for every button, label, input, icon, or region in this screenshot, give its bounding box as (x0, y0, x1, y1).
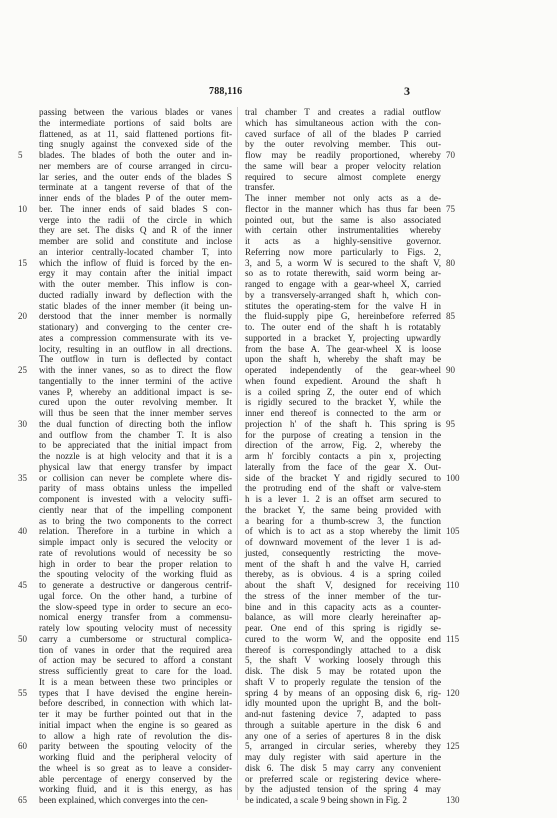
margin-line-number: 120 (446, 688, 460, 698)
text-line: lar series, and the outer ends of the bl… (39, 172, 232, 183)
margin-line-number: 130 (446, 795, 460, 805)
text-line: supported in a bracket Y, projecting upw… (245, 333, 441, 344)
text-line: an interior centrally-located chamber T,… (39, 247, 232, 258)
text-line: ergy it may contain after the initial im… (39, 268, 232, 279)
margin-line-number: 60 (18, 741, 27, 751)
text-line: of downward movement of the lever 1 is a… (245, 537, 441, 548)
text-line: disk 6. The disk 5 may carry any conveni… (245, 763, 441, 774)
patent-number: 788,116 (209, 86, 242, 97)
margin-line-number: 50 (18, 634, 27, 644)
text-line: of action may be secured to afford a con… (39, 655, 232, 666)
text-line: ting snugly against the convexed side of… (39, 139, 232, 150)
text-line: the spouting velocity of the working flu… (39, 569, 232, 580)
text-line: and outflow from the chamber T. It is al… (39, 430, 232, 441)
text-line: stationary) and converging to the center… (39, 322, 232, 333)
text-line: carry a cumbersome or structural complic… (39, 634, 232, 645)
margin-line-number: 115 (446, 634, 459, 644)
text-line: and-nut fastening device 7, adapted to p… (245, 709, 441, 720)
text-line: to be appreciated that the initial impac… (39, 440, 232, 451)
text-line: with certain other instrumentalities whe… (245, 225, 441, 236)
text-line: idly mounted upon the upright B, and the… (245, 698, 441, 709)
margin-line-number: 105 (446, 526, 460, 536)
text-line: derstood that the inner member is normal… (39, 311, 232, 322)
text-line: ates a compression commensurate with its… (39, 333, 232, 344)
text-line: any one of a series of apertures 8 in th… (245, 731, 441, 742)
text-line: be indicated, a scale 9 being shown in F… (245, 795, 441, 806)
text-line: they are set. The disks Q and R of the i… (39, 225, 232, 236)
text-line: pear. One end of this spring is rigidly … (245, 623, 441, 634)
text-line: ner members are of course arranged in ci… (39, 161, 232, 172)
text-line: about the shaft V, designed for receivin… (245, 580, 441, 591)
text-line: disk. The disk 5 may be rotated upon the (245, 666, 441, 677)
text-line: of which is to act as a stop whereby the… (245, 526, 441, 537)
text-line: been explained, which converges into the… (39, 795, 232, 806)
text-line: locity, resulting in an outflow in all d… (39, 344, 232, 355)
text-line: spring 4 by means of an opposing disk 6,… (245, 688, 441, 699)
text-line: transfer. (245, 182, 441, 193)
text-line: as to bring the two components to the co… (39, 516, 232, 527)
text-line: stitutes the operating-stem for the valv… (245, 301, 441, 312)
margin-line-number: 55 (18, 688, 27, 698)
text-line: shaft V to properly regulate the tension… (245, 677, 441, 688)
text-line: is a coiled spring Z, the outer end of w… (245, 387, 441, 398)
margin-line-number: 15 (18, 258, 27, 268)
text-line: It is a mean between these two principle… (39, 677, 232, 688)
text-line: working fluid and the peripheral velocit… (39, 752, 232, 763)
left-column: passing between the various blades or va… (39, 107, 232, 806)
text-line: which the inflow of fluid is forced by t… (39, 258, 232, 269)
text-line: arm h' forcibly contacts a pin x, projec… (245, 451, 441, 462)
text-line: the fluid-supply pipe G, hereinbefore re… (245, 311, 441, 322)
text-line: ranged to engage with a gear-wheel X, ca… (245, 279, 441, 290)
text-line: from the base A. The gear-wheel X is loo… (245, 344, 441, 355)
text-line: the nozzle is at high velocity and that … (39, 451, 232, 462)
text-line: rate of revolutions would of necessity b… (39, 548, 232, 559)
text-line: simple impact only is secured the veloci… (39, 537, 232, 548)
text-line: cured upon the outer revolving member. I… (39, 397, 232, 408)
text-line: may duly register with said aperture in … (245, 752, 441, 763)
text-line: laterally from the face of the gear X. O… (245, 462, 441, 473)
text-line: h is a lever 1. 2 is an offset arm secur… (245, 494, 441, 505)
text-line: will thus be seen that the inner member … (39, 408, 232, 419)
text-line: ugal force. On the other hand, a turbine… (39, 591, 232, 602)
margin-line-number: 75 (446, 204, 455, 214)
text-line: thereof is correspondingly attached to a… (245, 645, 441, 656)
text-line: operated independently of the gear-wheel (245, 365, 441, 376)
text-line: by the outer revolving member. This out- (245, 139, 441, 150)
text-line: vanes P, whereby an additional impact is… (39, 387, 232, 398)
text-line: inner end thereof is connected to the ar… (245, 408, 441, 419)
text-line: 3, and 5, a worm W is secured to the sha… (245, 258, 441, 269)
text-line: types that I have devised the engine her… (39, 688, 232, 699)
right-column: tral chamber T and creates a radial outf… (245, 107, 441, 806)
text-line: cured to the worm W, and the opposite en… (245, 634, 441, 645)
margin-line-number: 35 (18, 473, 27, 483)
text-line: or collision can never be complete where… (39, 473, 232, 484)
text-line: initial impact when the engine is so gea… (39, 720, 232, 731)
text-line: nomical energy transfer from a commensu- (39, 612, 232, 623)
text-line: 5, the shaft V working loosely through t… (245, 655, 441, 666)
text-line: The inner member not only acts as a de- (245, 193, 441, 204)
text-line: the dual function of directing both the … (39, 419, 232, 430)
text-line: for the purpose of creating a tension in… (245, 430, 441, 441)
text-line: 5, arranged in circular series, whereby … (245, 741, 441, 752)
text-line: the same will bear a proper velocity rel… (245, 161, 441, 172)
text-line: to allow a high rate of revolution the d… (39, 731, 232, 742)
text-line: the bracket Y, the same being provided w… (245, 505, 441, 516)
text-line: the stress of the inner member of the tu… (245, 591, 441, 602)
margin-line-number: 5 (18, 150, 23, 160)
text-line: caved surface of all of the blades P car… (245, 129, 441, 140)
text-line: which has simultaneous action with the c… (245, 118, 441, 129)
margin-line-number: 80 (446, 258, 455, 268)
text-line: stress sufficiently great to care for th… (39, 666, 232, 677)
text-line: through a suitable aperture in the disk … (245, 720, 441, 731)
text-line: member are solid and constitute and incl… (39, 236, 232, 247)
text-line: flattened, as at 11, said flattened port… (39, 129, 232, 140)
margin-line-number: 30 (18, 419, 27, 429)
text-line: tangentially to the inner termini of the… (39, 376, 232, 387)
text-line: ciently near that of the impelling compo… (39, 505, 232, 516)
text-line: or preferred scale or registering device… (245, 774, 441, 785)
text-line: ducted radially inward by deflection wit… (39, 290, 232, 301)
column-divider (237, 107, 238, 800)
text-line: ment of the shaft h and the valve H, car… (245, 559, 441, 570)
text-line: ter it may be further pointed out that i… (39, 709, 232, 720)
text-line: when found expedient. Around the shaft h (245, 376, 441, 387)
margin-line-number: 125 (446, 741, 460, 751)
text-line: with the outer member. This inflow is co… (39, 279, 232, 290)
text-line: required to secure almost complete energ… (245, 172, 441, 183)
margin-line-number: 45 (18, 580, 27, 590)
text-line: projection h' of the shaft h. This sprin… (245, 419, 441, 430)
text-line: parity of mass obtains unless the impell… (39, 483, 232, 494)
text-line: before described, in connection with whi… (39, 698, 232, 709)
text-line: terminate at a tangent reverse of that o… (39, 182, 232, 193)
page-number: 3 (404, 84, 410, 99)
text-line: to generate a destructive or dangerous c… (39, 580, 232, 591)
margin-line-number: 65 (18, 795, 27, 805)
text-line: the slow-speed type in order to secure a… (39, 602, 232, 613)
margin-line-number: 85 (446, 311, 455, 321)
text-line: the intermediate portions of said bolts … (39, 118, 232, 129)
text-line: so as to rotate therewith, said worm bei… (245, 268, 441, 279)
text-line: the wheel is so great as to leave a cons… (39, 763, 232, 774)
text-line: rately low spouting velocity must of nec… (39, 623, 232, 634)
text-line: is rigidly secured to the bracket Y, whi… (245, 397, 441, 408)
margin-line-number: 10 (18, 204, 27, 214)
text-line: by a transversely-arranged shaft h, whic… (245, 290, 441, 301)
text-line: thereby, as is obvious. 4 is a spring co… (245, 569, 441, 580)
margin-line-number: 100 (446, 473, 460, 483)
margin-line-number: 70 (446, 150, 455, 160)
text-line: passing between the various blades or va… (39, 107, 232, 118)
text-line: it acts as a highly-sensitive governor. (245, 236, 441, 247)
text-line: blades. The blades of both the outer and… (39, 150, 232, 161)
text-line: Referring now more particularly to Figs.… (245, 247, 441, 258)
text-line: working fluid, and it is this energy, as… (39, 784, 232, 795)
margin-line-number: 25 (18, 365, 27, 375)
text-line: high in order to bear the proper relatio… (39, 559, 232, 570)
text-line: bine and in this capacity acts as a coun… (245, 602, 441, 613)
margin-line-number: 110 (446, 580, 459, 590)
text-line: tral chamber T and creates a radial outf… (245, 107, 441, 118)
margin-line-number: 95 (446, 419, 455, 429)
text-line: flow may be readily proportioned, whereb… (245, 150, 441, 161)
text-line: balance, as will more clearly hereinafte… (245, 612, 441, 623)
text-line: physical law that energy transfer by imp… (39, 462, 232, 473)
text-line: relation. Therefore in a turbine in whic… (39, 526, 232, 537)
text-line: upon the shaft h, whereby the shaft may … (245, 354, 441, 365)
text-line: direction of the arrow, Fig. 2, whereby … (245, 440, 441, 451)
margin-line-number: 20 (18, 311, 27, 321)
text-line: side of the bracket Y and rigidly secure… (245, 473, 441, 484)
text-line: a bearing for a thumb-screw 3, the funct… (245, 516, 441, 527)
text-line: static blades of the inner member (it be… (39, 301, 232, 312)
text-line: inner ends of the blades P of the outer … (39, 193, 232, 204)
margin-line-number: 40 (18, 526, 27, 536)
text-line: able percentage of energy conserved by t… (39, 774, 232, 785)
text-line: ber. The inner ends of said blades S con… (39, 204, 232, 215)
text-line: pointed out, but the same is also associ… (245, 215, 441, 226)
text-line: justed, consequently restricting the mov… (245, 548, 441, 559)
margin-line-number: 90 (446, 365, 455, 375)
text-line: with the inner vanes, so as to direct th… (39, 365, 232, 376)
text-line: component is invested with a velocity su… (39, 494, 232, 505)
text-line: The outflow in turn is deflected by cont… (39, 354, 232, 365)
text-line: to. The outer end of the shaft h is rota… (245, 322, 441, 333)
text-line: flector in the manner which has thus far… (245, 204, 441, 215)
text-line: tion of vanes in order that the required… (39, 645, 232, 656)
text-line: the protruding end of the shaft or valve… (245, 483, 441, 494)
text-line: parity between the spouting velocity of … (39, 741, 232, 752)
text-line: by the adjusted tension of the spring 4 … (245, 784, 441, 795)
text-line: verge into the radii of the circle in wh… (39, 215, 232, 226)
